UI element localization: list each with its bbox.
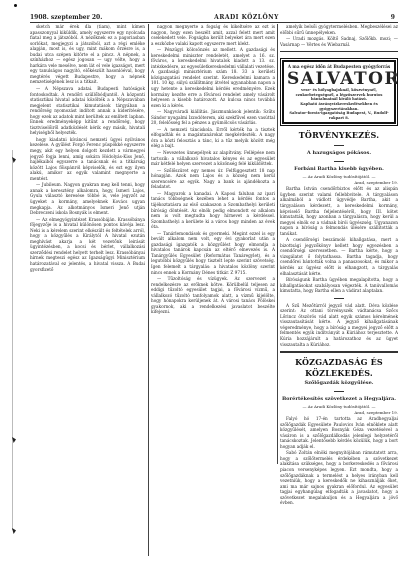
article-text: A csendőrségi beszámoló kihallgatása, me… <box>280 237 398 276</box>
article-text: Bartha István csendőrbiztos előtt és az … <box>280 186 398 236</box>
article-text: Bíróságunk Bartha ügyében megalapította,… <box>280 277 398 294</box>
divider <box>334 145 344 146</box>
column-3: amelyik belsői gyógytermelésben. Megbesz… <box>280 24 398 544</box>
story-title: Forbáni Bartha kisebb ügyében. <box>280 166 398 173</box>
story-title: Borértékesítés szövetkezet a Hegyaljára. <box>280 396 398 403</box>
salvator-advertisement: A ma egész időn át Budapesten gyógyforrá… <box>282 60 396 124</box>
ad-line: vese- és hólyagbajoknál, köszvénynél, cz… <box>287 88 391 102</box>
article-text: nagyon megnyerte a fogság és kikeltsére … <box>151 24 275 46</box>
article-text: — Tűzoltóság és vízügyek. Az szervezet a… <box>151 276 275 315</box>
page-header: 1908. szeptember 20. ARADI KÖZLÖNY 9 <box>30 12 395 22</box>
newspaper-page: 1908. szeptember 20. ARADI KÖZLÖNY 9 ske… <box>10 0 408 565</box>
newspaper-title: ARADI KÖZLÖNY <box>214 14 279 21</box>
article-text: — Uradi mozgás. Költő Sadnaj, Szőlőkb. m… <box>280 36 398 47</box>
article-text: — Magyarok a kanadai. A Kaposi faluban a… <box>151 191 275 230</box>
header-rule <box>30 22 398 23</box>
divider <box>334 298 344 299</box>
article-text: A Szű Mezőtúrról jegyző vád alatt. Déva … <box>280 303 398 347</box>
article-text: — Tanárlemondások és gyermeki. Megint ez… <box>151 231 275 275</box>
column-divider <box>148 24 149 556</box>
column-2: nagyon megnyerte a fogság és kikeltsére … <box>151 24 275 464</box>
article-text: Falyó hó 17-én tartotta az Aradhegyaljai… <box>280 416 398 449</box>
article-text: hogy kiadatni kíváncsi nemzeti ügyei nyi… <box>30 137 145 181</box>
article-text: Sabó Zoltán elnöki megnyitójában rámutat… <box>280 450 398 505</box>
article-text: amelyik belsői gyógytermelésben. Megbesz… <box>280 24 398 35</box>
article-text: — Nevezetes ünnepélyek az alapítvány. Fe… <box>151 150 275 167</box>
article-text: — Pénzügyi kölcsönzés az mellett. A gazd… <box>151 47 275 108</box>
column-divider <box>277 24 278 464</box>
section-heading-economy: KÖZGAZDASÁG ÉS KÖZLEKEDÉS. <box>280 357 398 379</box>
section-heading-law: TÖRVÉNYKEZÉS. <box>280 130 398 141</box>
scan-artifact <box>12 528 16 534</box>
section-rule <box>280 51 398 52</box>
article-text: — Az elmegyógyintézet Krassóbáján. Krass… <box>30 217 145 272</box>
page-number: 9 <box>391 14 395 21</box>
article-text: — A Népszava adatai. Budapesti hatóságok… <box>30 86 145 136</box>
divider <box>334 161 344 162</box>
article-text: — Nagyváradi kiállítás. Jászmunkások jel… <box>151 109 275 126</box>
scan-dot <box>14 4 17 7</box>
article-text: — Jubileum. Nagyon gyakran meg kell tenn… <box>30 182 145 215</box>
ad-line: Salvator-forrás-igazgatóság Budapest, V.… <box>287 111 391 120</box>
divider <box>334 391 344 392</box>
article-text: — Szőlőszüret egy nemes úr. Felfüggeszte… <box>151 168 275 190</box>
scan-edge <box>12 150 13 530</box>
article-text: sketch már érek dla (tiam), mint kímen a… <box>30 24 145 85</box>
column-1: sketch már érek dla (tiam), mint kímen a… <box>30 24 145 554</box>
article-text: — A nemzeti tánciskola. Erről kérték ha … <box>151 127 275 149</box>
section-subheading: Szőlőgazdák közgyűlése. <box>280 380 398 387</box>
ad-line: Kapható ásványvízkereskedésekben és gyóg… <box>287 102 391 111</box>
section-subheading: A hazugságos pókásos. <box>280 150 398 157</box>
ad-brand: SALVATOR <box>287 70 391 88</box>
issue-date: 1908. szeptember 20. <box>30 14 102 21</box>
section-rule <box>280 351 398 353</box>
